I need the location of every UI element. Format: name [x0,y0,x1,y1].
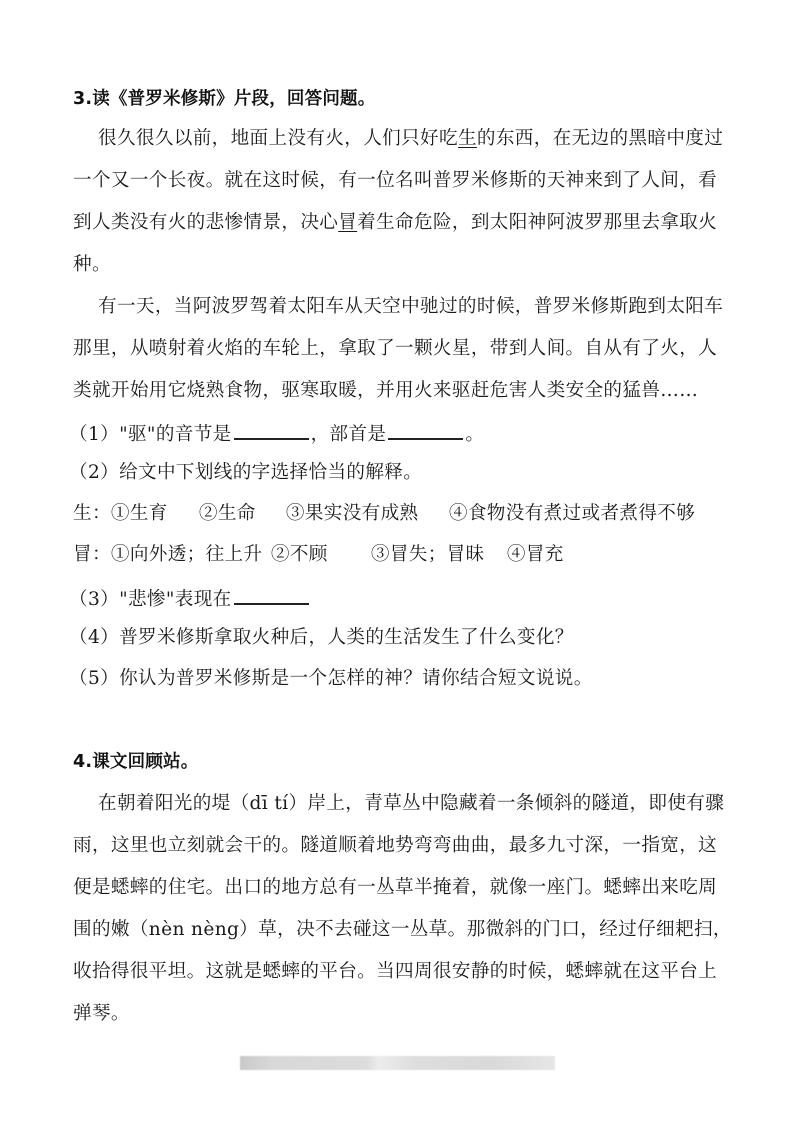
text-segment: 的东西，在无边的黑暗中度过 [477,128,723,149]
question-1: （1）"驱"的音节是，部首是。 [69,420,484,447]
text-segment: 着生命危险，到太阳神阿波罗那里去拿取火 [357,212,717,233]
option-sheng-2: ②生命 [199,502,286,526]
question-text: （3）"悲惨"表现在 [69,589,232,610]
option-mao-2: ②不顾 [271,543,371,567]
answer-blank-pinyin[interactable] [234,420,309,440]
passage-3-line-4: 种。 [73,253,111,277]
option-sheng-4: ④食物没有煮过或者煮得不够 [449,502,695,526]
option-sheng-3: ③果实没有成熟 [286,502,449,526]
passage-4-line-2: 雨，这里也立刻就会干的。隧道顺着地势弯弯曲曲，最多九寸深，一指宽，这 [73,834,717,858]
option-label: 生： [73,503,111,524]
options-sheng: 生：①生育②生命③果实没有成熟④食物没有煮过或者煮得不够 [73,502,695,526]
question-5: （5）你认为普罗米修斯是一个怎样的神？请你结合短文说说。 [69,667,593,691]
option-mao-4: ④冒充 [507,543,564,567]
passage-3-line-3: 到人类没有火的悲惨情景，决心冒着生命危险，到太阳神阿波罗那里去拿取火 [73,211,717,235]
passage-4-line-4: 围的嫩（nèn nèng）草，决不去碰这一丛草。那微斜的门口，经过仔细耙扫， [73,918,732,942]
passage-3-line-2: 一个又一个长夜。就在这时候，有一位名叫普罗米修斯的天神来到了人间，看 [73,169,717,193]
passage-3-line-5: 有一天，当阿波罗驾着太阳车从天空中驰过的时候，普罗米修斯跑到太阳车 [73,295,723,319]
question-4: （4）普罗米修斯拿取火种后，人类的生活发生了什么变化？ [69,626,574,650]
question-2: （2）给文中下划线的字选择恰当的解释。 [69,461,422,485]
passage-4-line-6: 弹琴。 [73,1002,130,1026]
question-3: （3）"悲惨"表现在 [69,585,311,612]
answer-blank-radical[interactable] [388,420,463,440]
passage-3-line-6: 那里，从喷射着火焰的车轮上，拿取了一颗火星，带到人间。自从有了火，人 [73,337,717,361]
redacted-footer [240,1056,555,1070]
passage-3-line-1: 很久很久以前，地面上没有火，人们只好吃生的东西，在无边的黑暗中度过 [73,127,723,151]
answer-blank-beican[interactable] [234,585,309,605]
question-text: ，部首是 [311,424,387,445]
option-label: 冒： [73,544,111,565]
options-mao: 冒：①向外透；往上升②不顾③冒失；冒昧④冒充 [73,543,564,567]
option-mao-1: ①向外透；往上升 [111,543,271,567]
passage-3-line-7: 类就开始用它烧熟食物，驱寒取暖，并用火来驱赶危害人类安全的猛兽…… [73,379,698,403]
passage-4-line-3: 便是蟋蟀的住宅。出口的地方总有一丛草半掩着，就像一座门。蟋蟀出来吃周 [73,876,717,900]
text-segment: 很久很久以前，地面上没有火，人们只好吃 [98,128,458,149]
question-text: 。 [465,424,484,445]
underlined-char-mao: 冒 [338,212,357,233]
passage-4-line-1: 在朝着阳光的堤（dī tí）岸上，青草丛中隐藏着一条倾斜的隧道，即使有骤 [73,792,724,816]
option-sheng-1: ①生育 [111,502,199,526]
option-mao-3: ③冒失；冒昧 [371,543,507,567]
passage-4-line-5: 收拾得很平坦。这就是蟋蟀的平台。当四周很安静的时候，蟋蟀就在这平台上 [73,960,717,984]
text-segment: 到人类没有火的悲惨情景，决心 [73,212,338,233]
section-4-heading: 4.课文回顾站。 [73,750,198,774]
section-3-heading: 3.读《普罗米修斯》片段，回答问题。 [73,87,375,111]
underlined-char-sheng: 生 [458,128,477,149]
question-text: （1）"驱"的音节是 [69,424,232,445]
